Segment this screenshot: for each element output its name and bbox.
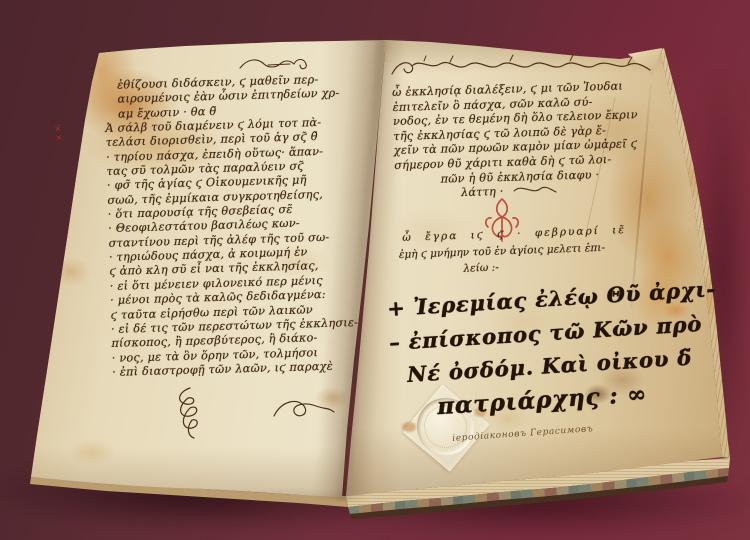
manuscript-photograph: ἐθίζουσι διδάσκειν, ϛ μαθεῖν περ- αιρουμ… [0, 0, 750, 540]
right-page-text-block: ὦ ἐκκλησίᾳ διαλέξειν, ϛ μι τῶν Ἰουδαι ἐπ… [392, 78, 681, 203]
colophon-date-block: ὦ ἔγρα ιϛ ϛ · φεβρυαρί ιε̃ ἐμὴ ϛ μνήμην … [398, 221, 668, 280]
left-page-text-block: ἐθίζουσι διδάσκειν, ϛ μαθεῖν περ- αιρουμ… [104, 71, 384, 380]
patriarch-signature-block: + Ἰερεμίας ἐλέῳ Θῦ ἀρχι- – ἐπίσκοπος τῶ … [386, 272, 724, 426]
